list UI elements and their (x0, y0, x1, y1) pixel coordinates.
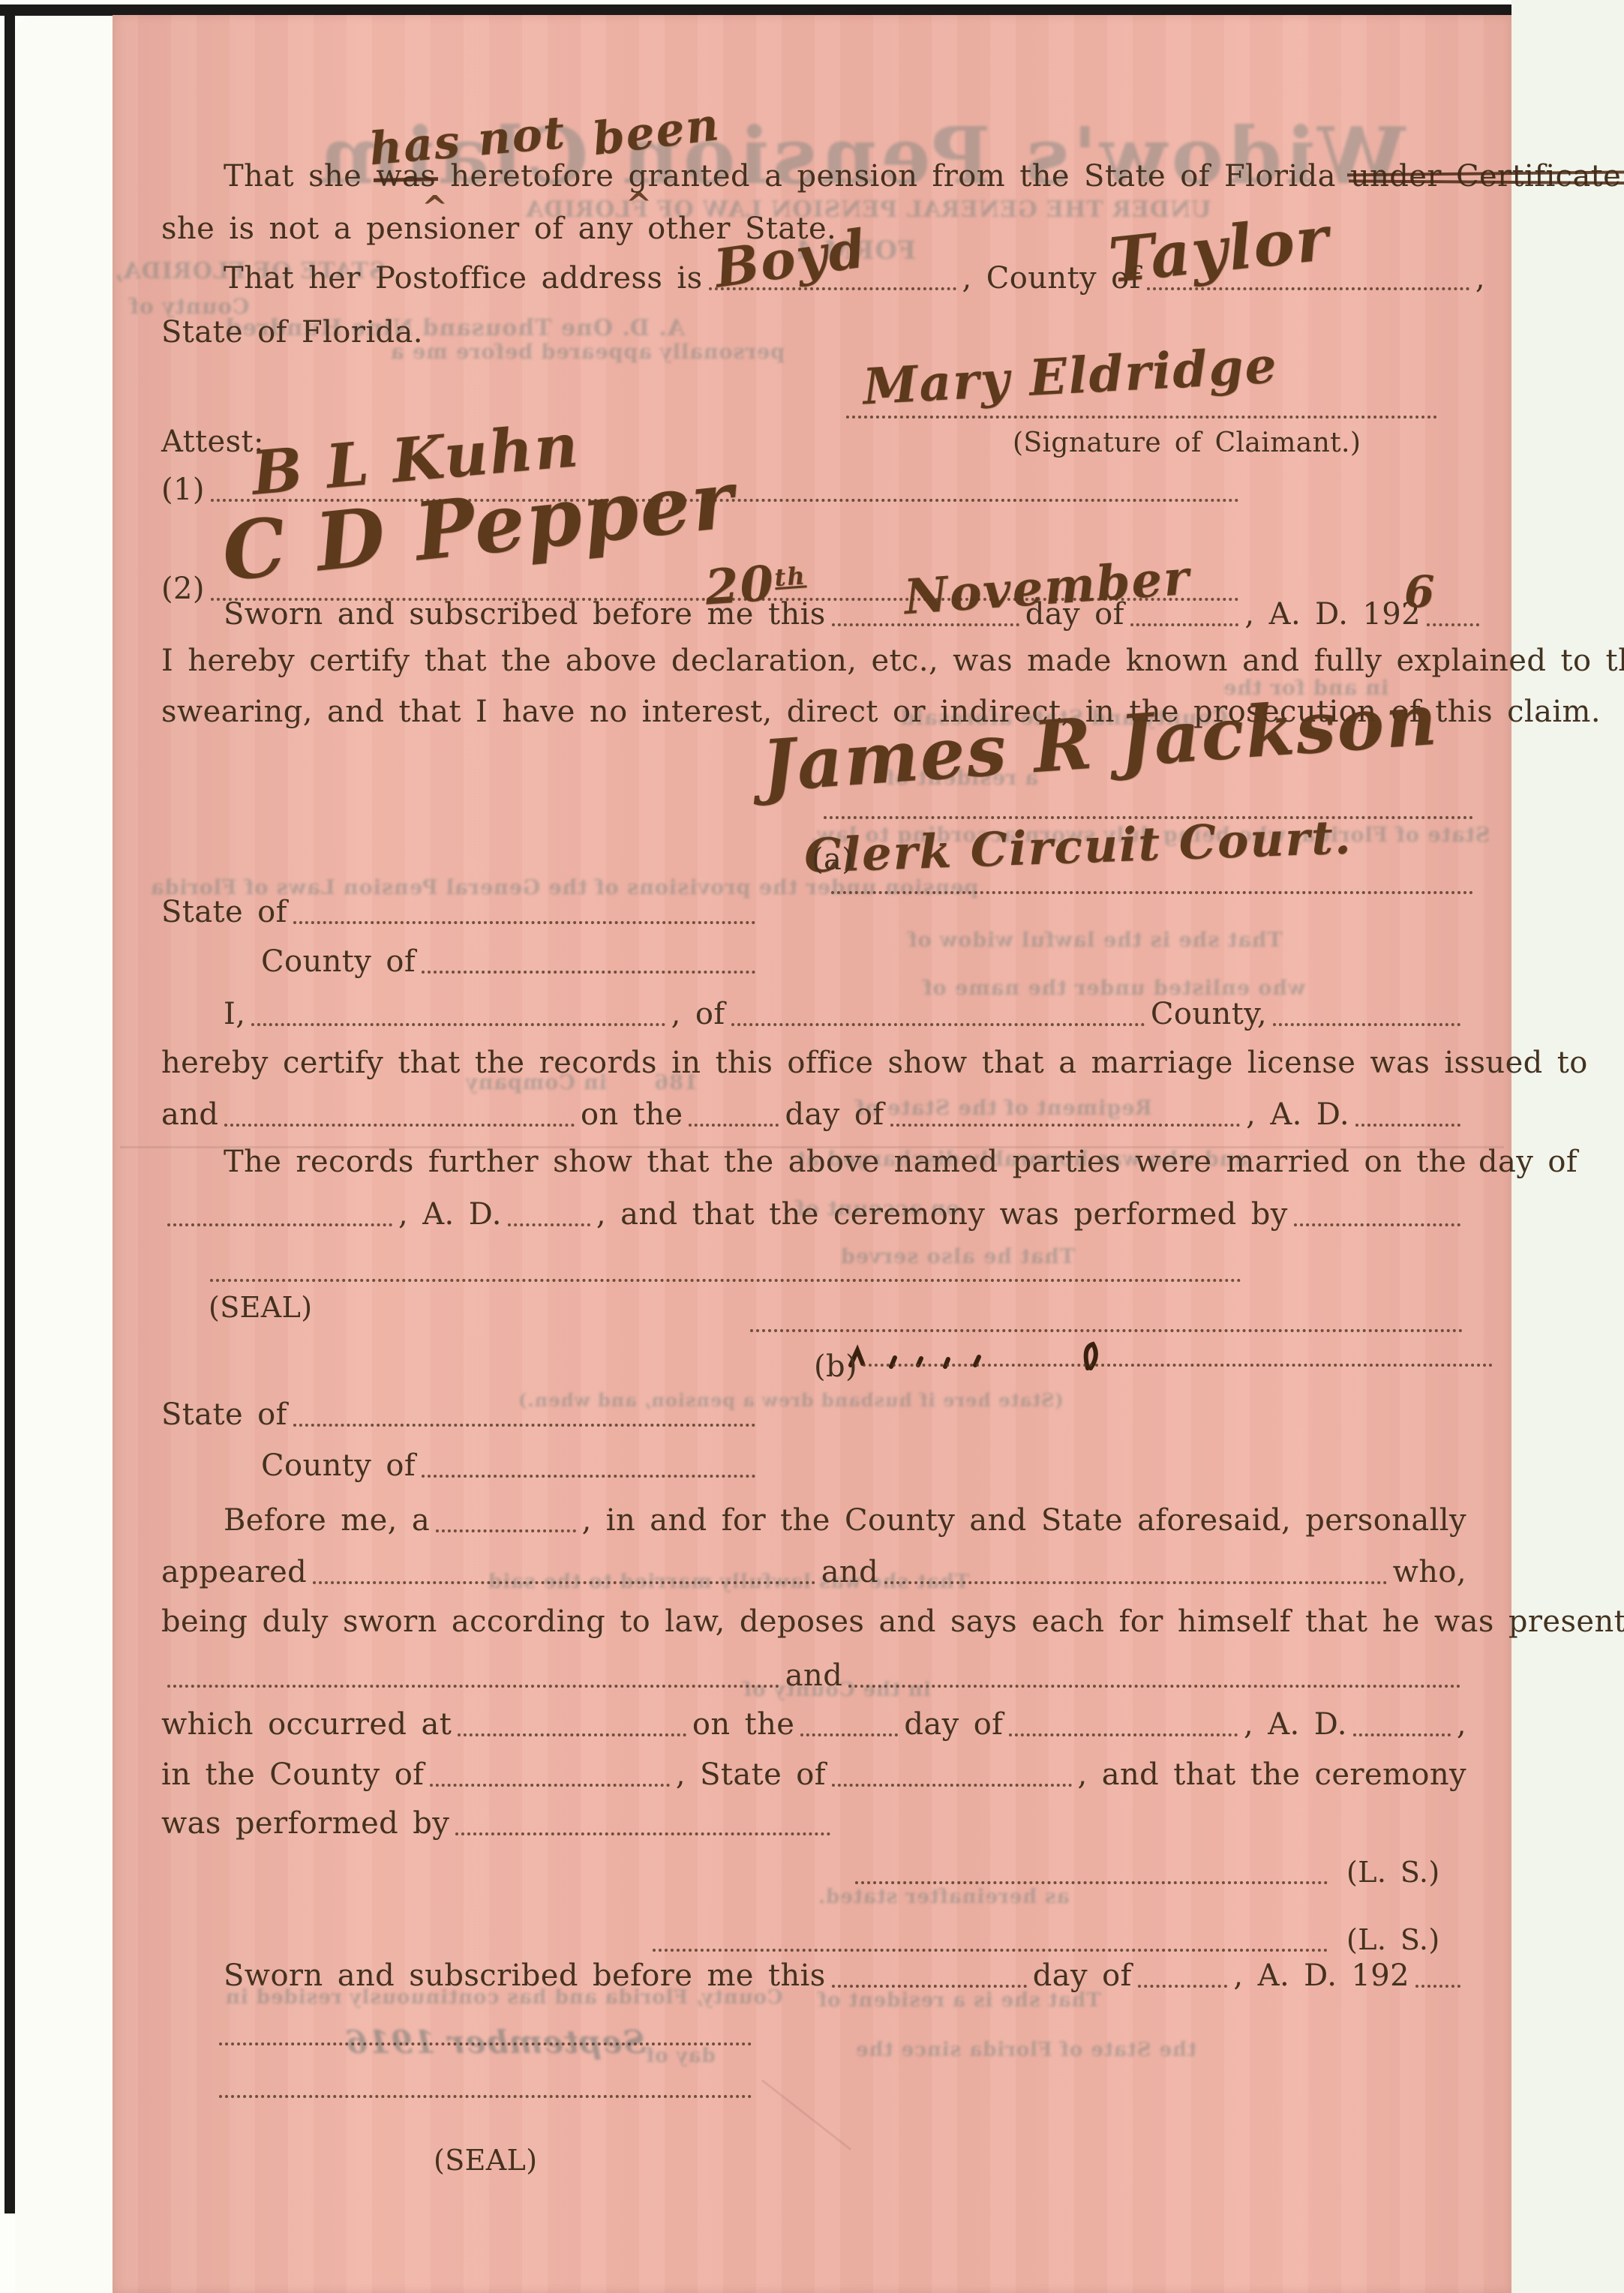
line1-mid: heretofore granted a pension from the St… (436, 159, 1350, 194)
a-continuation-line (210, 1279, 1241, 1282)
line4-text: State of Florida. (161, 315, 423, 350)
jurat2-row: Sworn and subscribed before me thisday o… (224, 1958, 1466, 1993)
a-clerk-signature-line (750, 1329, 1463, 1332)
a-blank-clerk-name (251, 1022, 665, 1026)
jurat2-end: , A. D. 192 (1233, 1958, 1409, 1993)
jurat2-mid: day of (1033, 1958, 1132, 1993)
b-state-row: State of (161, 1397, 761, 1432)
a-blank-married-year (508, 1222, 590, 1226)
a-second-line (863, 1364, 1493, 1367)
section-a-label: (a) (812, 842, 854, 877)
struck-certificate-no: under Certificate No (1350, 159, 1624, 194)
b-before1-text: Before me, a (224, 1503, 430, 1538)
b-appeared-label: appeared (161, 1555, 307, 1589)
a-records-text: The records further show that the above … (224, 1145, 1466, 1179)
witness1-number: (1) (161, 473, 205, 507)
scanned-pension-form-page: Widow's Pension Claim UNDER THE GENERAL … (0, 0, 1624, 2293)
b-blank-county (422, 1473, 755, 1478)
a-and-label: and (161, 1097, 218, 1132)
claimant-signature-line (846, 416, 1437, 419)
b-incounty-row: in the County of, State of, and that the… (161, 1757, 1466, 1792)
witness2-number: (2) (161, 572, 205, 606)
b-and2-label: and (785, 1658, 842, 1693)
claimant-signature-caption: (Signature of Claimant.) (1013, 428, 1361, 458)
jurat1-row: Sworn and subscribed before me thisday o… (224, 597, 1485, 632)
b-appeared-row: appearedandwho, (161, 1555, 1466, 1589)
b-incounty-label: in the County of (161, 1757, 424, 1792)
a-records-row: The records further show that the above … (224, 1145, 1466, 1179)
a-records2-label: day of (1478, 1145, 1577, 1179)
a-and-row: andon theday of, A. D. (161, 1097, 1466, 1132)
b-blank-officer (436, 1528, 575, 1532)
certify-text-1: I hereby certify that the above declarat… (161, 644, 1624, 678)
handwritten-day-20th: 20th (704, 557, 808, 612)
jurat2-blank-day (832, 1983, 1027, 1988)
a-blank-day (689, 1122, 779, 1127)
bleedthrough-since-the: the State of Florida since the (855, 2039, 1196, 2061)
officer-title-line (831, 891, 1473, 894)
a-state-row: State of (161, 895, 761, 929)
state-of-florida-line: State of Florida. (161, 315, 423, 350)
bleedthrough-personally: personally appeared before me a (390, 341, 785, 364)
b-blank-witness1 (313, 1580, 815, 1584)
a-seal-label: (SEAL) (209, 1291, 313, 1324)
day-suffix: th (773, 562, 807, 593)
jurat1-end: , A. D. 192 (1244, 597, 1421, 632)
b-which-label: which occurred at (161, 1707, 452, 1742)
jurat2-pre: Sworn and subscribed before me this (224, 1958, 826, 1993)
jurat2-blank-year (1415, 1983, 1460, 1988)
b-blank-county2 (430, 1782, 670, 1787)
a-cert-row: hereby certify that the records in this … (161, 1046, 1466, 1080)
a-i-label: I, (224, 997, 245, 1031)
a-blank-trailing (1273, 1022, 1460, 1026)
b-sworn-text: being duly sworn according to law, depos… (161, 1604, 1624, 1639)
scan-border-top (0, 5, 1523, 16)
b-ls2-line (653, 1949, 1328, 1952)
b-before2-text: , in and for the County and State afores… (582, 1503, 1466, 1538)
a-ad-label: , A. D. (1246, 1097, 1349, 1132)
b-dayof-label: day of (904, 1707, 1003, 1742)
a-ad2-label: , A. D. (398, 1197, 502, 1232)
b-ls1-label: (L. S.) (1346, 1856, 1440, 1889)
a-blank-married-month (167, 1222, 392, 1226)
blank-month (1130, 622, 1239, 626)
b-comma: , (1457, 1707, 1466, 1742)
a-blank-licensee2 (224, 1122, 575, 1127)
section-b-label: (b) (814, 1349, 857, 1384)
blank-year (1427, 622, 1479, 626)
day-number: 20 (704, 555, 777, 616)
a-blank-month (890, 1122, 1241, 1127)
b-ad-label: , A. D. (1244, 1707, 1347, 1742)
b-ceremony-text: , and that the ceremony (1078, 1757, 1467, 1792)
b-performed-row: was performed by (161, 1806, 836, 1841)
b-sworn-row: being duly sworn according to law, depos… (161, 1604, 1624, 1639)
certify-line-1: I hereby certify that the above declarat… (161, 644, 1624, 678)
a-county2-label: County, (1151, 997, 1267, 1031)
b-blank-year (1353, 1732, 1451, 1736)
b-blank-state (293, 1422, 755, 1427)
a-blank-year (1355, 1122, 1460, 1127)
a-state-label: State of (161, 895, 287, 929)
footer-line-1 (219, 2042, 752, 2045)
a-ceremony-text: , and that the ceremony was performed by (596, 1197, 1288, 1232)
b-seal-label: (SEAL) (434, 2144, 538, 2177)
a-cert-text: hereby certify that the records in this … (161, 1046, 1588, 1080)
b-state-label: State of (161, 1397, 287, 1432)
bleedthrough-day-of: day of (645, 2045, 716, 2067)
a-county-row: County of (261, 944, 761, 979)
b-couple-row: and (161, 1658, 1466, 1693)
bleedthrough-also-served: That he also served (840, 1245, 1075, 1268)
jurat2-blank-month (1138, 1983, 1228, 1988)
b-blank-witness2 (884, 1580, 1387, 1584)
footer-line-2 (219, 2095, 752, 2098)
a-dayof-label: day of (785, 1097, 884, 1132)
b-before-row: Before me, a, in and for the County and … (224, 1503, 1466, 1538)
line1-pre: That she (224, 159, 376, 194)
b-ls1-line (855, 1881, 1328, 1884)
b-blank-day (800, 1732, 898, 1736)
scan-border-left (5, 5, 15, 2213)
b-blank-month (1009, 1732, 1238, 1736)
ink-scribble (840, 1334, 1125, 1379)
bleedthrough-hereinafter: as hereinafter stated. (818, 1886, 1070, 1908)
b-performed-label: was performed by (161, 1806, 449, 1841)
a-blank-minister (1294, 1222, 1460, 1226)
b-blank-minister (455, 1831, 830, 1835)
a-ceremony-row: , A. D., and that the ceremony was perfo… (161, 1197, 1466, 1232)
address-label: That her Postoffice address is (224, 261, 703, 296)
a-county-label: County of (261, 944, 416, 979)
b-blank-place (458, 1732, 686, 1736)
a-blank-county (422, 969, 755, 974)
a-blank-clerk-place (731, 1022, 1145, 1026)
b-blank-spouse1 (167, 1683, 779, 1688)
b-stateof-label: , State of (676, 1757, 826, 1792)
scan-margin-left (15, 16, 113, 2293)
b-onthe-label: on the (692, 1707, 794, 1742)
a-clerk-row: I,, ofCounty, (224, 997, 1466, 1031)
b-ls2-label: (L. S.) (1346, 1923, 1440, 1956)
line3-comma: , (1475, 261, 1485, 296)
handwritten-year-6: 6 (1404, 570, 1436, 614)
bleedthrough-lawful-widow: That she is the lawful widow of (908, 929, 1283, 952)
b-county-row: County of (261, 1448, 761, 1483)
a-onthe-label: on the (581, 1097, 683, 1132)
b-who-label: who, (1393, 1555, 1466, 1589)
b-and-label: and (821, 1555, 878, 1589)
b-blank-state2 (832, 1782, 1072, 1787)
a-blank-state (293, 920, 755, 924)
b-occurred-row: which occurred aton theday of, A. D., (161, 1707, 1466, 1742)
b-blank-spouse2 (848, 1683, 1460, 1688)
b-county-label: County of (261, 1448, 416, 1483)
a-of-label: , of (671, 997, 725, 1031)
